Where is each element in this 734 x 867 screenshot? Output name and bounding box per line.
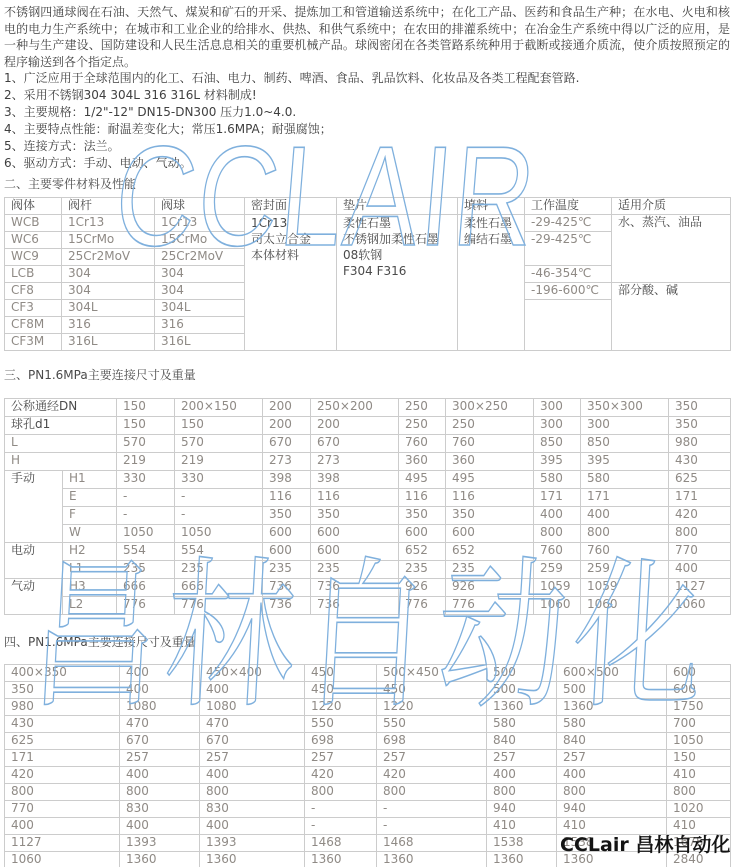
table-row: 350400400450450500500600 xyxy=(5,682,731,699)
table-cell: 554 xyxy=(117,543,175,561)
table-cell: 235 xyxy=(311,561,399,579)
table-cell: 800 xyxy=(669,525,731,543)
table-cell: 116 xyxy=(311,489,399,507)
table-cell: 400 xyxy=(120,682,200,699)
table-cell: 1059 xyxy=(534,579,581,597)
table-cell: 1060 xyxy=(5,852,120,867)
table-cell: 450 xyxy=(305,665,377,682)
table-cell: 600 xyxy=(263,525,311,543)
table-cell: 600 xyxy=(667,682,731,699)
table-cell: 350 xyxy=(5,682,120,699)
table-cell: 470 xyxy=(200,716,305,733)
table-cell: CF3M xyxy=(5,334,62,351)
table-cell: -29-425℃ xyxy=(525,215,612,232)
page-content: 不锈钢四通球阀在石油、天然气、煤炭和矿石的开采、提炼加工和管道输送系统中；在化工… xyxy=(0,0,734,867)
table-cell: 304 xyxy=(155,266,245,283)
table-cell: 1360 xyxy=(305,852,377,867)
table-cell: - xyxy=(117,507,175,525)
table-cell: 200 xyxy=(311,417,399,435)
table-cell: 395 xyxy=(534,453,581,471)
table-cell: 219 xyxy=(175,453,263,471)
table-cell: 550 xyxy=(377,716,487,733)
table-cell: 580 xyxy=(534,471,581,489)
table-cell: 304 xyxy=(155,283,245,300)
column-header: 适用介质 xyxy=(612,198,731,215)
table-cell: 235 xyxy=(175,561,263,579)
table-cell: 800 xyxy=(487,784,557,801)
table-cell: 1080 xyxy=(200,699,305,716)
table-cell: 400 xyxy=(120,665,200,682)
table-cell-seal: 1Cr13 司太立合金 本体材料 xyxy=(245,215,337,351)
table-cell: 304 xyxy=(62,266,155,283)
table-cell: -46-354℃ xyxy=(525,266,612,283)
table-cell: H1 xyxy=(63,471,117,489)
table-cell: H3 xyxy=(63,579,117,597)
table-cell: 25Cr2MoV xyxy=(62,249,155,266)
table-cell: 235 xyxy=(446,561,534,579)
column-header: 阀体 xyxy=(5,198,62,215)
table-cell: 800 xyxy=(305,784,377,801)
table-cell: 800 xyxy=(667,784,731,801)
section-2-title: 二、主要零件材料及性能 xyxy=(4,176,730,192)
table-cell: 776 xyxy=(175,597,263,615)
table-cell: 800 xyxy=(377,784,487,801)
table-cell: WC9 xyxy=(5,249,62,266)
table-cell: 257 xyxy=(305,750,377,767)
table-cell: 600 xyxy=(311,543,399,561)
table-cell: 15CrMo xyxy=(62,232,155,249)
table-cell: W xyxy=(63,525,117,543)
table-cell: 800 xyxy=(557,784,667,801)
table-row: L1235235235235235235259259400 xyxy=(5,561,731,579)
table-cell: 171 xyxy=(5,750,120,767)
table-cell: 670 xyxy=(120,733,200,750)
table-cell: 500 xyxy=(487,682,557,699)
table-cell: - xyxy=(305,818,377,835)
table-cell: LCB xyxy=(5,266,62,283)
table-row: 770830830--9409401020 xyxy=(5,801,731,818)
table-cell: 1220 xyxy=(377,699,487,716)
feature-item-3: 3、主要规格：1/2"-12" DN15-DN300 压力1.0~4.0. xyxy=(4,104,730,121)
table-cell: 980 xyxy=(669,435,731,453)
table-cell: L1 xyxy=(63,561,117,579)
table-cell: 350×300 xyxy=(581,399,669,417)
table-cell: 1468 xyxy=(377,835,487,852)
table-cell: 760 xyxy=(581,543,669,561)
table-cell: 500 xyxy=(557,682,667,699)
table-cell: 700 xyxy=(667,716,731,733)
table-cell: 760 xyxy=(399,435,446,453)
table-row: 800800800800800800800800 xyxy=(5,784,731,801)
table-cell: 171 xyxy=(581,489,669,507)
table-cell: 400 xyxy=(120,767,200,784)
table-cell: - xyxy=(117,489,175,507)
table-cell: 940 xyxy=(487,801,557,818)
table-cell: 926 xyxy=(446,579,534,597)
table-cell: WC6 xyxy=(5,232,62,249)
table-cell: 398 xyxy=(263,471,311,489)
table-cell: 304 xyxy=(62,283,155,300)
table-cell: CF8M xyxy=(5,317,62,334)
table-cell: 420 xyxy=(305,767,377,784)
table-cell: F xyxy=(63,507,117,525)
table-cell: 316 xyxy=(155,317,245,334)
table-cell: 670 xyxy=(200,733,305,750)
table-cell: 350 xyxy=(263,507,311,525)
table-cell: 400 xyxy=(487,767,557,784)
table-row: W10501050600600600600800800800 xyxy=(5,525,731,543)
table-cell: 1060 xyxy=(534,597,581,615)
table-cell: 398 xyxy=(311,471,399,489)
table-cell: 840 xyxy=(487,733,557,750)
table-cell: 940 xyxy=(557,801,667,818)
table-cell: 400 xyxy=(534,507,581,525)
table-cell: 1127 xyxy=(5,835,120,852)
table-cell: 500 xyxy=(487,665,557,682)
table-cell: 652 xyxy=(446,543,534,561)
table-cell: 257 xyxy=(120,750,200,767)
table-row: 公称通经DN150200×150200250×200250300×2503003… xyxy=(5,399,731,417)
table-cell: 257 xyxy=(200,750,305,767)
table-cell: 25Cr2MoV xyxy=(155,249,245,266)
table-row: F--350350350350400400420 xyxy=(5,507,731,525)
table-cell: 1360 xyxy=(120,852,200,867)
table-row: L570570670670760760850850980 xyxy=(5,435,731,453)
table-row: WCB 1Cr13 1Cr13 1Cr13 司太立合金 本体材料 柔性石墨 不锈… xyxy=(5,215,731,232)
table-cell: 600 xyxy=(311,525,399,543)
table-row: 电动H2554554600600652652760760770 xyxy=(5,543,731,561)
table-cell: 150 xyxy=(667,750,731,767)
column-header: 填料 xyxy=(458,198,525,215)
column-header: 阀球 xyxy=(155,198,245,215)
table-cell: 410 xyxy=(667,767,731,784)
table-cell: 736 xyxy=(311,597,399,615)
table-cell: 850 xyxy=(534,435,581,453)
table-cell: - xyxy=(377,818,487,835)
table-cell: 273 xyxy=(311,453,399,471)
table-cell: 400 xyxy=(200,682,305,699)
table-cell: 300 xyxy=(534,417,581,435)
table-cell: 760 xyxy=(446,435,534,453)
table-cell: 1360 xyxy=(200,852,305,867)
table-cell: 257 xyxy=(377,750,487,767)
table-cell: - xyxy=(175,507,263,525)
table-cell: WCB xyxy=(5,215,62,232)
table-cell: 652 xyxy=(399,543,446,561)
table-cell: 1468 xyxy=(305,835,377,852)
table-cell: 1360 xyxy=(487,852,557,867)
feature-item-4: 4、主要特点性能：耐温差变化大；常压1.6MPA；耐强腐蚀； xyxy=(4,121,730,138)
table-cell: 400 xyxy=(200,767,305,784)
table-cell: - xyxy=(175,489,263,507)
table-cell: 316L xyxy=(62,334,155,351)
table-cell: 736 xyxy=(263,597,311,615)
table-cell: 776 xyxy=(399,597,446,615)
table-cell xyxy=(525,300,612,351)
table-cell: - xyxy=(305,801,377,818)
table-cell: 698 xyxy=(305,733,377,750)
table-cell: L xyxy=(5,435,117,453)
column-header: 阀杆 xyxy=(62,198,155,215)
table-row: 气动H3666666736736926926105910591127 xyxy=(5,579,731,597)
table-cell: 15CrMo xyxy=(155,232,245,249)
table-cell: E xyxy=(63,489,117,507)
table-cell: 625 xyxy=(5,733,120,750)
table-cell: 600 xyxy=(667,665,731,682)
table-row: L2776776736736776776106010601060 xyxy=(5,597,731,615)
table-cell: 736 xyxy=(263,579,311,597)
brand-corner-text: CCLair 昌林自动化 xyxy=(560,830,730,857)
table-cell: 400 xyxy=(5,818,120,835)
feature-item-1: 1、广泛应用于全球范围内的化工、石油、电力、制药、啤酒、食品、乳品饮料、化妆品及… xyxy=(4,70,730,87)
feature-item-2: 2、采用不锈钢304 304L 316 316L 材料制成! xyxy=(4,87,730,104)
table-cell: -196-600℃ xyxy=(525,283,612,300)
table-cell: 1080 xyxy=(120,699,200,716)
table-cell: 670 xyxy=(311,435,399,453)
table-cell: 300 xyxy=(534,399,581,417)
table-cell: 450 xyxy=(377,682,487,699)
table-cell: 736 xyxy=(311,579,399,597)
table-cell: 830 xyxy=(200,801,305,818)
table-cell: 1050 xyxy=(667,733,731,750)
table-row: 400×350400450×400450500×450500600×500600 xyxy=(5,665,731,682)
table-cell: L2 xyxy=(63,597,117,615)
table-cell: 495 xyxy=(446,471,534,489)
table-cell: 171 xyxy=(669,489,731,507)
table-cell: 776 xyxy=(446,597,534,615)
table-cell: - xyxy=(377,801,487,818)
table-cell: 1538 xyxy=(487,835,557,852)
table-cell: 200 xyxy=(263,417,311,435)
table-cell: CF3 xyxy=(5,300,62,317)
table-cell: 400 xyxy=(200,818,305,835)
dimensions-table-pn16: 公称通经DN150200×150200250×200250300×2503003… xyxy=(4,398,731,615)
table-row: H219219273273360360395395430 xyxy=(5,453,731,471)
table-cell: 760 xyxy=(534,543,581,561)
table-cell: 800 xyxy=(200,784,305,801)
table-cell: 1393 xyxy=(200,835,305,852)
table-cell: 500×450 xyxy=(377,665,487,682)
table-cell: 570 xyxy=(175,435,263,453)
feature-item-6: 6、驱动方式：手动、电动、气动。 xyxy=(4,155,730,172)
table-cell: 495 xyxy=(399,471,446,489)
table-cell: 250×200 xyxy=(311,399,399,417)
table-cell: 250 xyxy=(399,417,446,435)
table-cell: 330 xyxy=(117,471,175,489)
table-cell: 580 xyxy=(581,471,669,489)
table-cell: 550 xyxy=(305,716,377,733)
table-cell: 304L xyxy=(62,300,155,317)
table-cell: 330 xyxy=(175,471,263,489)
table-cell: 304L xyxy=(155,300,245,317)
table-cell: 400 xyxy=(669,561,731,579)
table-cell: 1Cr13 xyxy=(62,215,155,232)
table-cell: 800 xyxy=(581,525,669,543)
table-cell: 830 xyxy=(120,801,200,818)
table-cell: 257 xyxy=(557,750,667,767)
table-cell: -29-425℃ xyxy=(525,232,612,266)
table-cell: 580 xyxy=(487,716,557,733)
table-cell: 980 xyxy=(5,699,120,716)
table-cell: 666 xyxy=(117,579,175,597)
table-cell: 420 xyxy=(669,507,731,525)
section-4-title: 四、PN1.6MPa主要连接尺寸及重量 xyxy=(4,634,730,650)
table-cell: 1360 xyxy=(557,699,667,716)
table-cell: 219 xyxy=(117,453,175,471)
table-cell: 350 xyxy=(311,507,399,525)
table-cell: 250 xyxy=(446,417,534,435)
table-row: E--116116116116171171171 xyxy=(5,489,731,507)
table-header-row: 阀体 阀杆 阀球 密封面 垫片 填料 工作温度 适用介质 xyxy=(5,198,731,215)
table-cell: 625 xyxy=(669,471,731,489)
column-header: 密封面 xyxy=(245,198,337,215)
table-cell: CF8 xyxy=(5,283,62,300)
table-cell: 1060 xyxy=(581,597,669,615)
table-cell: 150 xyxy=(117,399,175,417)
table-cell: 400 xyxy=(581,507,669,525)
table-cell: 395 xyxy=(581,453,669,471)
table-cell: 770 xyxy=(5,801,120,818)
table-cell: 400×350 xyxy=(5,665,120,682)
table-cell: 360 xyxy=(399,453,446,471)
table-cell: H xyxy=(5,453,117,471)
table-cell: 1050 xyxy=(117,525,175,543)
table-row: 430470470550550580580700 xyxy=(5,716,731,733)
table-cell: 666 xyxy=(175,579,263,597)
table-cell-gasket: 柔性石墨 不锈钢加柔性石墨 08软钢 F304 F316 xyxy=(337,215,458,351)
table-cell: 1059 xyxy=(581,579,669,597)
table-cell: 600 xyxy=(263,543,311,561)
table-cell: 670 xyxy=(263,435,311,453)
table-cell: 200 xyxy=(263,399,311,417)
table-cell: 259 xyxy=(581,561,669,579)
table-cell: 698 xyxy=(377,733,487,750)
table-cell: 116 xyxy=(399,489,446,507)
table-cell: 430 xyxy=(669,453,731,471)
table-cell: 球孔d1 xyxy=(5,417,117,435)
table-cell: 235 xyxy=(263,561,311,579)
table-cell: 259 xyxy=(534,561,581,579)
table-cell: 450×400 xyxy=(200,665,305,682)
table-cell: 116 xyxy=(446,489,534,507)
table-cell: 770 xyxy=(669,543,731,561)
table-cell: 450 xyxy=(305,682,377,699)
table-row: 手动H1330330398398495495580580625 xyxy=(5,471,731,489)
table-cell: 1Cr13 xyxy=(155,215,245,232)
table-cell: 316 xyxy=(62,317,155,334)
table-row: 420400400420420400400410 xyxy=(5,767,731,784)
table-cell: 1360 xyxy=(487,699,557,716)
table-row: 6256706706986988408401050 xyxy=(5,733,731,750)
table-cell: 235 xyxy=(117,561,175,579)
table-cell-medium: 部分酸、碱 xyxy=(612,283,731,351)
table-cell: 554 xyxy=(175,543,263,561)
table-row: 171257257257257257257150 xyxy=(5,750,731,767)
table-cell: 350 xyxy=(669,417,731,435)
table-cell: 400 xyxy=(557,767,667,784)
table-cell: 1220 xyxy=(305,699,377,716)
table-cell: 470 xyxy=(120,716,200,733)
column-header: 工作温度 xyxy=(525,198,612,215)
table-cell: 300×250 xyxy=(446,399,534,417)
table-cell: 420 xyxy=(5,767,120,784)
table-cell: 1127 xyxy=(669,579,731,597)
table-cell: 1060 xyxy=(669,597,731,615)
table-cell: 316L xyxy=(155,334,245,351)
table-cell: 580 xyxy=(557,716,667,733)
table-cell: 1020 xyxy=(667,801,731,818)
table-cell: 850 xyxy=(581,435,669,453)
table-cell: 116 xyxy=(263,489,311,507)
table-cell: 600 xyxy=(446,525,534,543)
table-cell: 200×150 xyxy=(175,399,263,417)
intro-paragraph: 不锈钢四通球阀在石油、天然气、煤炭和矿石的开采、提炼加工和管道输送系统中；在化工… xyxy=(4,4,730,70)
table-cell: 776 xyxy=(117,597,175,615)
table-cell: 气动 xyxy=(5,579,63,615)
table-cell: 257 xyxy=(487,750,557,767)
table-cell: 250 xyxy=(399,399,446,417)
table-cell: 350 xyxy=(446,507,534,525)
table-cell: 800 xyxy=(534,525,581,543)
table-cell: 1360 xyxy=(377,852,487,867)
table-cell: 350 xyxy=(669,399,731,417)
column-header: 垫片 xyxy=(337,198,458,215)
table-cell: 235 xyxy=(399,561,446,579)
feature-item-5: 5、连接方式：法兰。 xyxy=(4,138,730,155)
section-3-title: 三、PN1.6MPa主要连接尺寸及重量 xyxy=(4,367,730,383)
table-cell: 400 xyxy=(120,818,200,835)
table-row: 9801080108012201220136013601750 xyxy=(5,699,731,716)
table-cell-medium: 水、蒸汽、油品 xyxy=(612,215,731,283)
table-cell: 1050 xyxy=(175,525,263,543)
table-cell: 410 xyxy=(487,818,557,835)
table-row: 球孔d1150150200200250250300300350 xyxy=(5,417,731,435)
table-cell: 360 xyxy=(446,453,534,471)
table-cell: 926 xyxy=(399,579,446,597)
table-cell: 273 xyxy=(263,453,311,471)
table-cell: 600×500 xyxy=(557,665,667,682)
table-cell: 150 xyxy=(175,417,263,435)
materials-table: 阀体 阀杆 阀球 密封面 垫片 填料 工作温度 适用介质 WCB 1Cr13 1… xyxy=(4,197,731,351)
table-cell: 公称通经DN xyxy=(5,399,117,417)
table-cell: 430 xyxy=(5,716,120,733)
table-cell: H2 xyxy=(63,543,117,561)
table-cell: 300 xyxy=(581,417,669,435)
table-cell-packing: 柔性石墨 编结石墨 xyxy=(458,215,525,351)
table-cell: 171 xyxy=(534,489,581,507)
table-cell: 手动 xyxy=(5,471,63,543)
table-cell: 570 xyxy=(117,435,175,453)
table-cell: 150 xyxy=(117,417,175,435)
table-cell: 1750 xyxy=(667,699,731,716)
table-cell: 800 xyxy=(120,784,200,801)
table-cell: 电动 xyxy=(5,543,63,579)
table-cell: 600 xyxy=(399,525,446,543)
table-cell: 840 xyxy=(557,733,667,750)
table-cell: 420 xyxy=(377,767,487,784)
table-cell: 1393 xyxy=(120,835,200,852)
table-cell: 350 xyxy=(399,507,446,525)
table-cell: 800 xyxy=(5,784,120,801)
